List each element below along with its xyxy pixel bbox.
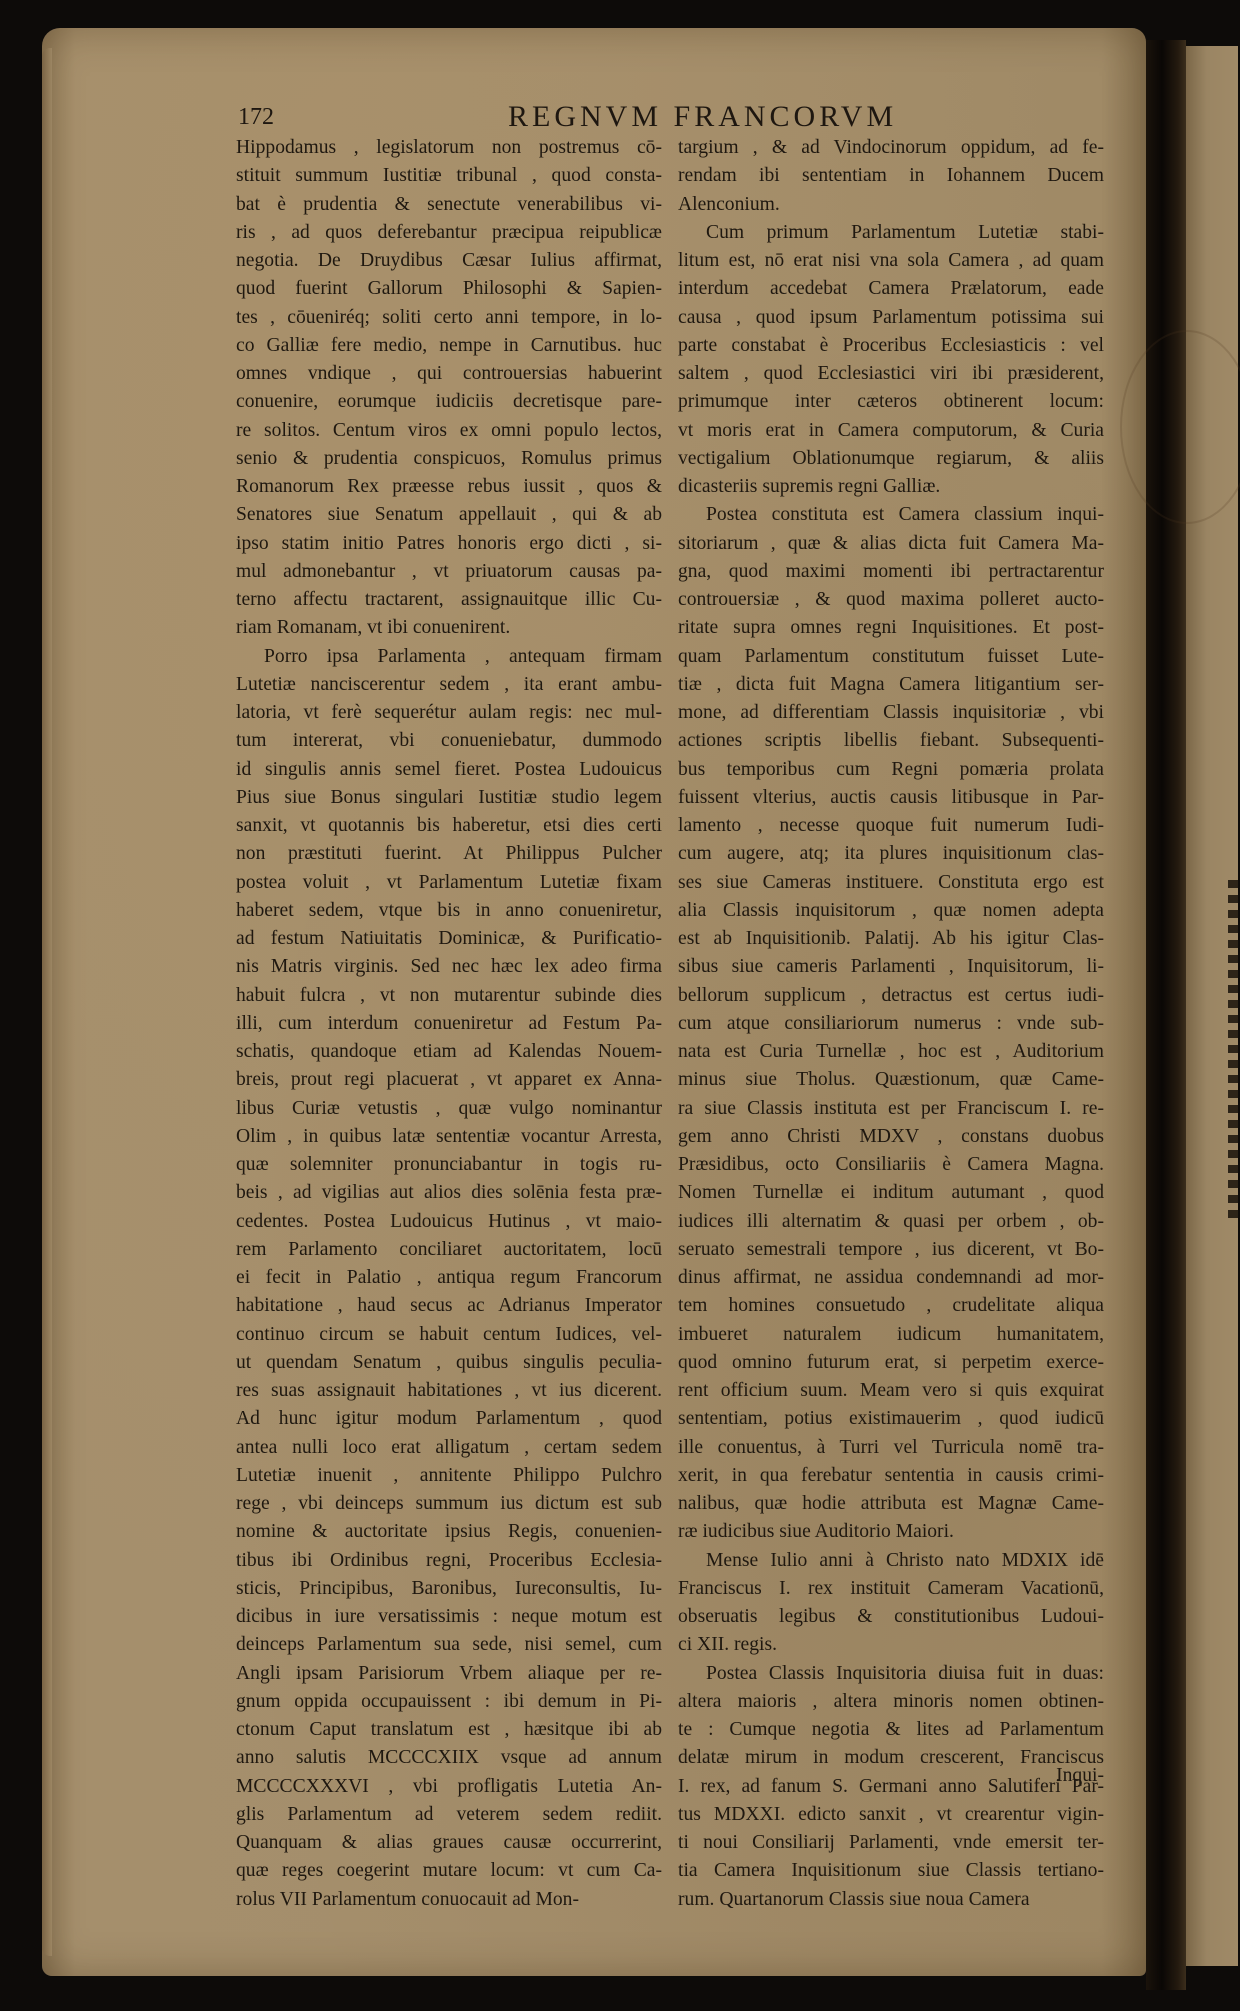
text-line: sanxit, vt quotannis bis haberetur, etsi… bbox=[236, 812, 662, 840]
text-line: actiones scriptis libellis fiebant. Subs… bbox=[678, 727, 1104, 755]
text-line: libus Curiæ vetustis , quæ vulgo nominan… bbox=[236, 1095, 662, 1123]
text-line: sententiam, potius existimauerim , quod … bbox=[678, 1405, 1104, 1433]
left-column: Hippodamus , legislatorum non postremus … bbox=[236, 134, 662, 1914]
text-line: ris , ad quos deferebantur præcipua reip… bbox=[236, 219, 662, 247]
text-line: terno affectu tractarent, assignauitque … bbox=[236, 586, 662, 614]
text-line: anno salutis MCCCCXIIX vsque ad annum bbox=[236, 1744, 662, 1772]
text-line: antea nulli loco erat alligatum , certam… bbox=[236, 1434, 662, 1462]
text-line: Franciscus I. rex instituit Cameram Vaca… bbox=[678, 1575, 1104, 1603]
text-line: bus temporibus cum Regni pomæria prolata bbox=[678, 756, 1104, 784]
text-line: Pius siue Bonus singulari Iustitiæ studi… bbox=[236, 784, 662, 812]
text-line: targium , & ad Vindocinorum oppidum, ad … bbox=[678, 134, 1104, 162]
text-line: quod fuerint Gallorum Philosophi & Sapie… bbox=[236, 275, 662, 303]
text-line: riam Romanam, vt ibi conuenirent. bbox=[236, 614, 662, 642]
text-line: Hippodamus , legislatorum non postremus … bbox=[236, 134, 662, 162]
text-line: stituit summum Iustitiæ tribunal , quod … bbox=[236, 162, 662, 190]
text-line: nata est Curia Turnellæ , hoc est , Audi… bbox=[678, 1038, 1104, 1066]
text-line: obseruatis legibus & constitutionibus Lu… bbox=[678, 1603, 1104, 1631]
text-line: tes , cōueniréq; soliti certo anni tempo… bbox=[236, 304, 662, 332]
text-line: illi, cum interdum conueniretur ad Festu… bbox=[236, 1010, 662, 1038]
text-line: fuissent vlterius, auctis causis litibus… bbox=[678, 784, 1104, 812]
text-line: glis Parlamentum ad veterem sedem rediit… bbox=[236, 1801, 662, 1829]
scan-background: 172 REGNVM FRANCORVM Hippodamus , legisl… bbox=[0, 0, 1240, 2011]
text-line: tiæ , dicta fuit Magna Camera litigantiu… bbox=[678, 671, 1104, 699]
text-line: haberet sedem, vtque bis in anno conueni… bbox=[236, 897, 662, 925]
text-line: tus MDXXI. edicto sanxit , vt crearentur… bbox=[678, 1801, 1104, 1829]
text-line: imbueret naturalem iudicum humanitatem, bbox=[678, 1321, 1104, 1349]
text-line: ci XII. regis. bbox=[678, 1631, 1104, 1659]
text-line: quod omnino futurum erat, si perpetim ex… bbox=[678, 1349, 1104, 1377]
text-line: saltem , quod Ecclesiastici viri ibi præ… bbox=[678, 360, 1104, 388]
text-line: ille conuentus, à Turri vel Turricula no… bbox=[678, 1434, 1104, 1462]
running-head: 172 REGNVM FRANCORVM bbox=[238, 100, 1118, 134]
text-line: quæ solemniter pronunciabantur in togis … bbox=[236, 1151, 662, 1179]
text-line: Postea Classis Inquisitoria diuisa fuit … bbox=[678, 1660, 1104, 1688]
text-line: cum atque consiliariorum numerus : vnde … bbox=[678, 1010, 1104, 1038]
text-line: iudices illi alternatim & quasi per orbe… bbox=[678, 1208, 1104, 1236]
text-line: quæ reges coegerint mutare locum: vt cum… bbox=[236, 1857, 662, 1885]
text-line: nalibus, quæ hodie attributa est Magnæ C… bbox=[678, 1490, 1104, 1518]
text-line: controuersiæ , & quod maxima polleret au… bbox=[678, 586, 1104, 614]
text-line: schatis, quandoque etiam ad Kalendas Nou… bbox=[236, 1038, 662, 1066]
text-line: dicibus in iure versatissimis : neque mo… bbox=[236, 1603, 662, 1631]
text-line: altera maioris , altera minoris nomen ob… bbox=[678, 1688, 1104, 1716]
text-line: continuo circum se habuit centum Iudices… bbox=[236, 1321, 662, 1349]
text-line: ra siue Classis instituta est per Franci… bbox=[678, 1095, 1104, 1123]
text-line: gem anno Christi MDXV , constans duobus bbox=[678, 1123, 1104, 1151]
text-line: negotia. De Druydibus Cæsar Iulius affir… bbox=[236, 247, 662, 275]
right-column: targium , & ad Vindocinorum oppidum, ad … bbox=[678, 134, 1104, 1914]
text-line: Quanquam & alias graues causæ occurrerin… bbox=[236, 1829, 662, 1857]
page-edge bbox=[42, 48, 52, 1956]
text-line: ipso statim initio Patres honoris ergo d… bbox=[236, 530, 662, 558]
text-line: tibus ibi Ordinibus regni, Proceribus Ec… bbox=[236, 1547, 662, 1575]
text-line: ut quendam Senatum , quibus singulis pec… bbox=[236, 1349, 662, 1377]
text-line: ses siue Cameras instituere. Constituta … bbox=[678, 869, 1104, 897]
text-line: causa , quod ipsum Parlamentum potissima… bbox=[678, 304, 1104, 332]
text-line: seruato semestrali tempore , ius diceren… bbox=[678, 1236, 1104, 1264]
text-line: conuenire, eorumque iudiciis decretisque… bbox=[236, 388, 662, 416]
text-line: rolus VII Parlamentum conuocauit ad Mon- bbox=[236, 1886, 662, 1914]
text-line: ritate supra omnes regni Inquisitiones. … bbox=[678, 614, 1104, 642]
text-line: Romanorum Rex præesse rebus iussit , quo… bbox=[236, 473, 662, 501]
text-line: Mense Iulio anni à Christo nato MDXIX id… bbox=[678, 1547, 1104, 1575]
text-line: interdum accedebat Camera Prælatorum, ea… bbox=[678, 275, 1104, 303]
text-line: beis , ad vigilias aut alios dies solēni… bbox=[236, 1179, 662, 1207]
text-line: ad festum Natiuitatis Dominicæ, & Purifi… bbox=[236, 925, 662, 953]
text-line: vt moris erat in Camera computorum, & Cu… bbox=[678, 417, 1104, 445]
text-line: senio & prudentia conspicuos, Romulus pr… bbox=[236, 445, 662, 473]
text-line: MCCCCXXXVI , vbi profligatis Lutetia An- bbox=[236, 1773, 662, 1801]
adjacent-page-text-fragment bbox=[1228, 880, 1238, 1220]
text-line: Alenconium. bbox=[678, 191, 1104, 219]
text-line: bellorum supplicum , detractus est certu… bbox=[678, 982, 1104, 1010]
text-line: Postea constituta est Camera classium in… bbox=[678, 501, 1104, 529]
text-line: quam Parlamentum constitutum fuisset Lut… bbox=[678, 643, 1104, 671]
page-number: 172 bbox=[238, 104, 274, 131]
text-line: rege , vbi deinceps summum ius dictum es… bbox=[236, 1490, 662, 1518]
text-line: mul admonebantur , vt priuatorum causas … bbox=[236, 558, 662, 586]
text-line: dicasteriis supremis regni Galliæ. bbox=[678, 473, 1104, 501]
text-line: te : Cumque negotia & lites ad Parlament… bbox=[678, 1716, 1104, 1744]
text-line: rent officium suum. Meam vero si quis ex… bbox=[678, 1377, 1104, 1405]
text-line: co Galliæ fere medio, nempe in Carnutibu… bbox=[236, 332, 662, 360]
text-line: sticis, Principibus, Baronibus, Iurecons… bbox=[236, 1575, 662, 1603]
text-line: postea voluit , vt Parlamentum Lutetiæ f… bbox=[236, 869, 662, 897]
text-line: est ab Inquisitionib. Palatij. Ab his ig… bbox=[678, 925, 1104, 953]
text-line: cum augere, atq; ita plures inquisitionu… bbox=[678, 840, 1104, 868]
text-line: sibus siue cameris Parlamenti , Inquisit… bbox=[678, 953, 1104, 981]
text-line: nis Matris virginis. Sed nec hæc lex ade… bbox=[236, 953, 662, 981]
running-title: REGNVM FRANCORVM bbox=[508, 100, 897, 134]
text-line: Præsidibus, octo Consiliariis è Camera M… bbox=[678, 1151, 1104, 1179]
text-line: litum est, nō erat nisi vna sola Camera … bbox=[678, 247, 1104, 275]
text-line: tem homines consuetudo , crudelitate ali… bbox=[678, 1292, 1104, 1320]
text-line: Lutetiæ inuenit , annitente Philippo Pul… bbox=[236, 1462, 662, 1490]
text-line: id singulis annis semel fieret. Postea L… bbox=[236, 756, 662, 784]
text-line: sitoriarum , quæ & alias dicta fuit Came… bbox=[678, 530, 1104, 558]
text-line: ræ iudicibus siue Auditorio Maiori. bbox=[678, 1518, 1104, 1546]
text-line: ti noui Consiliarij Parlamenti, vnde eme… bbox=[678, 1829, 1104, 1857]
text-line: minus siue Tholus. Quæstionum, quæ Came- bbox=[678, 1066, 1104, 1094]
text-line: tum intererat, vbi conueniebatur, dummod… bbox=[236, 727, 662, 755]
text-line: dinus affirmat, ne assidua condemnandi a… bbox=[678, 1264, 1104, 1292]
text-line: omnes vndique , qui controuersias habuer… bbox=[236, 360, 662, 388]
text-line: latoria, vt ferè sequerétur aulam regis:… bbox=[236, 699, 662, 727]
text-line: Nomen Turnellæ ei inditum autumant , quo… bbox=[678, 1179, 1104, 1207]
text-line: ctonum Caput translatum est , hæsitque i… bbox=[236, 1716, 662, 1744]
text-line: Olim , in quibus latæ sententiæ vocantur… bbox=[236, 1123, 662, 1151]
text-line: rem Parlamento conciliaret auctoritatem,… bbox=[236, 1236, 662, 1264]
text-line: Lutetiæ nanciscerentur sedem , ita erant… bbox=[236, 671, 662, 699]
text-line: deinceps Parlamentum sua sede, nisi seme… bbox=[236, 1631, 662, 1659]
text-line: Angli ipsam Parisiorum Vrbem aliaque per… bbox=[236, 1660, 662, 1688]
text-line: Senatores siue Senatum appellauit , qui … bbox=[236, 501, 662, 529]
text-line: ei fecit in Palatio , antiqua regum Fran… bbox=[236, 1264, 662, 1292]
text-line: vectigalium Oblationumque regiarum, & al… bbox=[678, 445, 1104, 473]
text-line: xerit, in qua ferebatur sententia in cau… bbox=[678, 1462, 1104, 1490]
text-line: Cum primum Parlamentum Lutetiæ stabi- bbox=[678, 219, 1104, 247]
text-line: lamento , necesse quoque fuit numerum Iu… bbox=[678, 812, 1104, 840]
text-line: rendam ibi sententiam in Iohannem Ducem bbox=[678, 162, 1104, 190]
text-line: nomine & auctoritate ipsius Regis, conue… bbox=[236, 1518, 662, 1546]
text-line: habuit fulcra , vt non mutarentur subind… bbox=[236, 982, 662, 1010]
text-line: non præstituti fuerint. At Philippus Pul… bbox=[236, 840, 662, 868]
text-line: re solitos. Centum viros ex omni populo … bbox=[236, 417, 662, 445]
text-line: breis, prout regi placuerat , vt apparet… bbox=[236, 1066, 662, 1094]
text-line: mone, ad differentiam Classis inquisitor… bbox=[678, 699, 1104, 727]
text-line: Ad hunc igitur modum Parlamentum , quod bbox=[236, 1405, 662, 1433]
catchword: Inqui- bbox=[678, 1765, 1104, 1787]
text-line: gna, quod maximi momenti ibi pertractare… bbox=[678, 558, 1104, 586]
text-line: Porro ipsa Parlamenta , antequam firmam bbox=[236, 643, 662, 671]
text-line: gnum oppida occupauissent : ibi demum in… bbox=[236, 1688, 662, 1716]
text-line: habitatione , haud secus ac Adrianus Imp… bbox=[236, 1292, 662, 1320]
text-line: rum. Quartanorum Classis siue noua Camer… bbox=[678, 1886, 1104, 1914]
text-line: alia Classis inquisitorum , quæ nomen ad… bbox=[678, 897, 1104, 925]
text-line: tia Camera Inquisitionum siue Classis te… bbox=[678, 1857, 1104, 1885]
text-line: parte constabat è Proceribus Ecclesiasti… bbox=[678, 332, 1104, 360]
text-line: primumque inter cæteros obtinerent locum… bbox=[678, 388, 1104, 416]
text-line: cedentes. Postea Ludouicus Hutinus , vt … bbox=[236, 1208, 662, 1236]
text-line: res suas assignauit habitationes , vt iu… bbox=[236, 1377, 662, 1405]
text-line: bat è prudentia & senectute venerabilibu… bbox=[236, 191, 662, 219]
